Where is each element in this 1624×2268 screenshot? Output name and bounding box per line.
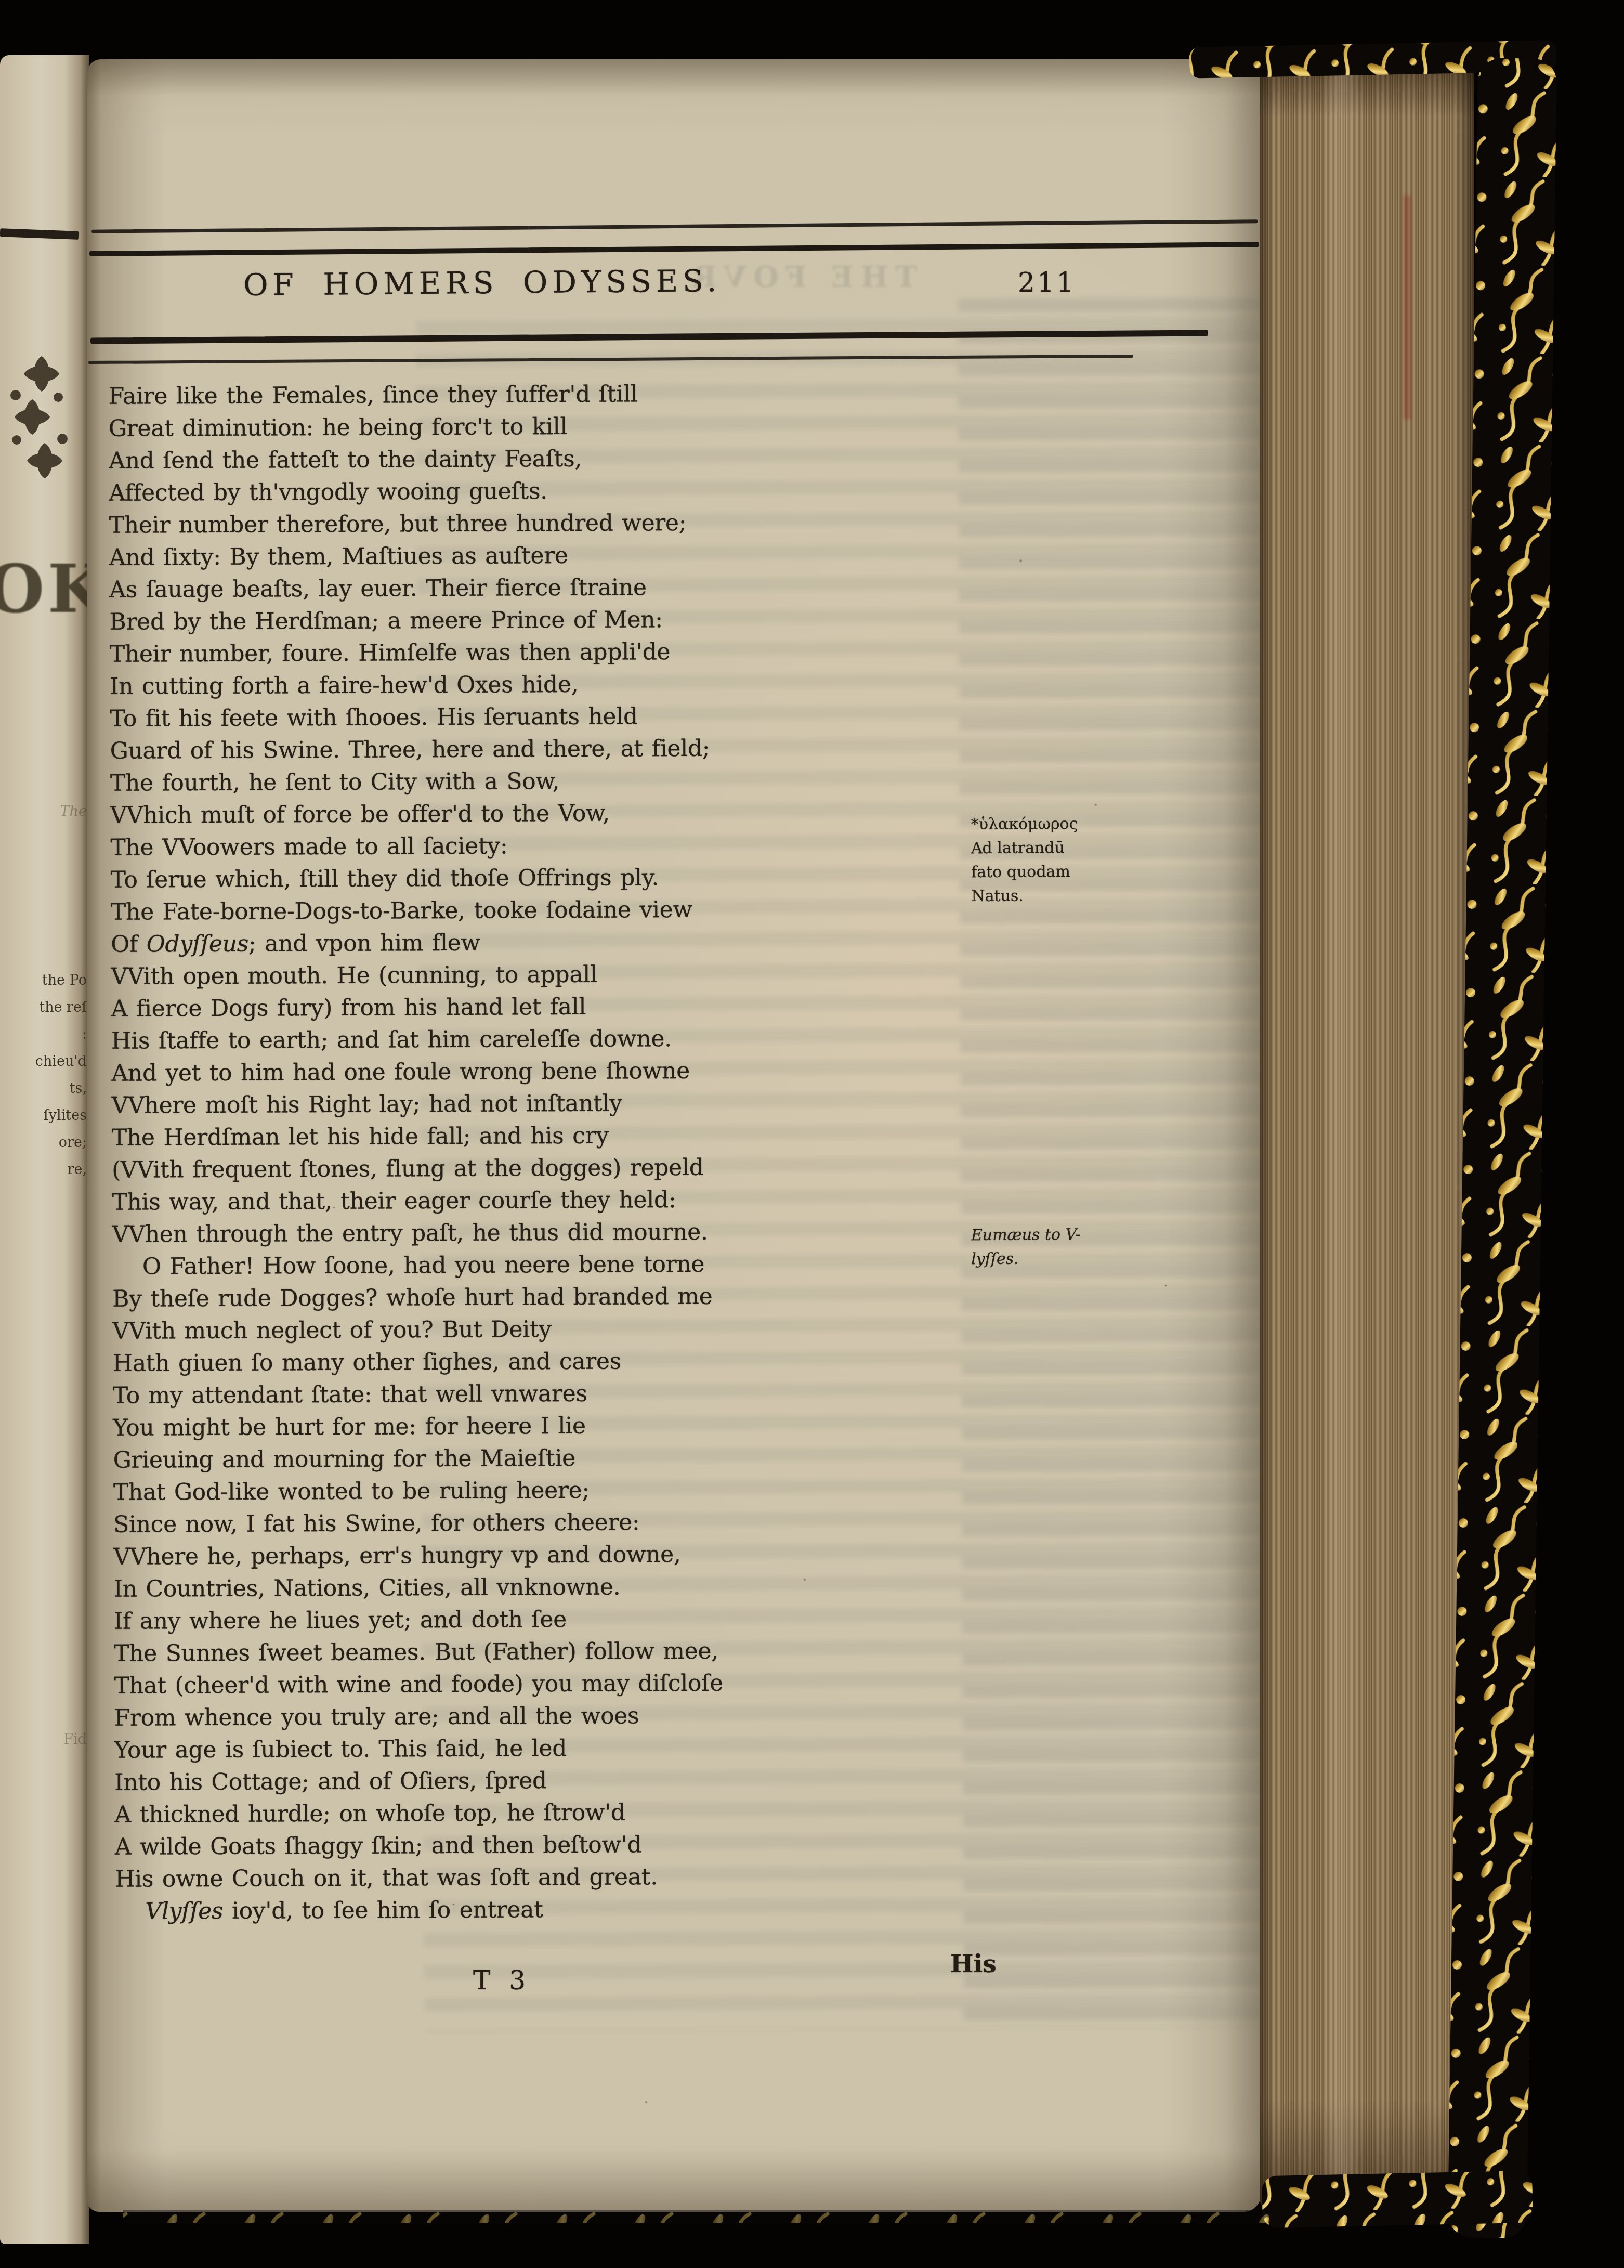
paper-speck [803,1578,806,1581]
poem-line: A wilde Goats ſhaggy ſkin; and then beſt… [115,1827,1030,1863]
woodcut-ornament [1,350,79,506]
gutter-fragment: the Po [42,972,87,988]
poem-line: In cutting forth a faire-hew'd Oxes hide… [110,667,1025,703]
poem-line: And yet to him had one foule wrong bene … [111,1053,1026,1090]
poem-line: Affected by th'vngodly wooing gueſts. [109,473,1024,510]
head-rule-thin [91,219,1258,233]
poem-line: And ſend the fatteſt to the dainty Feaſt… [109,441,1024,477]
poem-line: The fourth, he ſent to City with a Sow, [110,763,1025,800]
poem-line: Your age is ſubiect to. This ſaid, he le… [114,1730,1029,1767]
poem-line: Bred by the Herdſman; a meere Prince of … [109,602,1024,638]
head-rule-thick [89,242,1259,256]
page-surface: THE FOVR OF HOMERS ODYSSES. 211 Faire li… [87,59,1261,2212]
gutter-fragment: re, [68,1162,87,1178]
margin-note-line: Ad latrandū [971,836,1195,861]
paper-speck [1094,803,1097,806]
poem-line: To fit his feete with ſhooes. His ſeruan… [110,699,1025,735]
margin-note-line: Eumæus to V- [971,1222,1195,1247]
poem-line: His ſtaffe to earth; and ſat him careleſ… [111,1021,1026,1058]
poem-line: By theſe rude Dogges? whoſe hurt had bra… [112,1279,1027,1315]
paper-speck [1019,559,1023,563]
poem-line: A thickned hurdle; on whoſe top, he ſtro… [114,1795,1029,1831]
gutter-fragment: ſylites [44,1107,87,1124]
gutter-fragment: chieu'd [35,1053,87,1070]
margin-note-line: Natus. [971,883,1195,908]
facing-page-letters: OK [0,550,89,628]
poem-line: Guard of his Swine. Three, here and ther… [110,731,1025,767]
fore-edge-stain [1404,195,1411,419]
margin-note: *ὑλακόμωροςAd latrandūfato quodamNatus. [971,812,1195,908]
poem-line: Since now, I fat his Swine, for others c… [113,1505,1028,1541]
poem-line: To my attendant ſtate: that well vnwares [113,1376,1028,1412]
gutter-fragment: the reſ [39,999,87,1015]
paper-speck [452,1903,455,1906]
poem-line: VVith much neglect of you? But Deity [112,1311,1027,1348]
poem-line: VVhere he, perhaps, err's hungry vp and … [113,1537,1028,1573]
gutter-fragment: ts, [70,1080,87,1097]
poem-line: You might be hurt for me: for heere I li… [113,1408,1028,1444]
poem-line: (VVith frequent ſtones, flung at the dog… [112,1150,1027,1187]
fore-edge-seam [1321,71,1361,2207]
running-title: OF HOMERS ODYSSES. [243,263,722,303]
poem-line: The Fate-borne-Dogs-to-Barke, tooke ſoda… [111,892,1026,929]
poem-line: Their number therefore, but three hundre… [109,505,1024,542]
photo-of-open-book: OK Thethe Pothe reſ:chieu'dts,ſylitesore… [0,0,1624,2268]
poem-line: From whence you truly are; and all the w… [114,1698,1029,1735]
margin-note: Eumæus to V-lyſſes. [971,1222,1195,1271]
poem-line: His owne Couch on it, that was ſoft and … [115,1859,1030,1896]
poem-line: As ſauage beaſts, lay euer. Their fierce… [109,570,1024,606]
poem-line: VVith open mouth. He (cunning, to appall [111,957,1026,993]
gutter-strip: OK Thethe Pothe reſ:chieu'dts,ſylitesore… [0,55,89,2244]
poem-line: Their number, foure. Himſelfe was then a… [110,634,1025,671]
poem-line: VVhen through the entry paſt, he thus di… [112,1215,1027,1251]
poem: Faire like the Females, ſince they ſuffe… [109,376,1030,1928]
poem-line: And ſixty: By them, Maſtiues as auſtere [109,538,1024,574]
gutter-fragment: The [60,803,87,819]
poem-line: Great diminution: he being forc't to kil… [109,409,1024,445]
book-fore-edge [1260,71,1474,2207]
poem-line: To ſerue which, ſtill they did thoſe Off… [111,860,1026,896]
poem-line: If any where he liues yet; and doth ſee [114,1601,1029,1638]
poem-line: VVhere moſt his Right lay; had not inſta… [111,1086,1026,1122]
margin-note-line: fato quodam [971,859,1195,884]
poem-line: Of Odyſſeus; and vpon him flew [111,924,1026,961]
paper-speck [187,629,190,632]
poem-line: The Sunnes ſweet beames. But (Father) fo… [114,1634,1029,1670]
poem-line: That God-like wonted to be ruling heere; [113,1472,1028,1509]
paper-speck [333,1206,335,1209]
poem-line: That (cheer'd with wine and foode) you m… [114,1666,1029,1702]
poem-line: The VVoowers made to all ſaciety: [110,828,1025,864]
margin-note-line: lyſſes. [971,1246,1195,1271]
paper-speck [645,2101,648,2104]
poem-line: Grieuing and mourning for the Maieſtie [113,1440,1028,1477]
poem-line: The Herdſman let his hide fall; and his … [112,1118,1027,1154]
paper-speck [1164,1284,1167,1287]
catchword: His [950,1950,997,1978]
signature-mark: T 3 [473,1965,531,1996]
margin-note-line: *ὑλακόμωρος [971,812,1195,837]
gutter-fragment: ore; [59,1135,87,1151]
poem-line: Into his Cottage; and of Oſiers, ſpred [114,1763,1029,1799]
poem-line: O Father! How ſoone, had you neere bene … [112,1247,1027,1283]
facing-page-rule [0,228,79,240]
poem-line: In Countries, Nations, Cities, all vnkno… [114,1569,1029,1606]
poem-line: Vlyſſes ioy'd, to ſee him ſo entreat [115,1892,1030,1928]
page-number: 211 [1018,267,1076,298]
gutter-fragment: : [82,1026,87,1042]
poem-line: A fierce Dogs fury) from his hand let fa… [111,989,1026,1025]
poem-line: VVhich muſt of force be offer'd to the V… [110,796,1025,832]
poem-line: Hath giuen ſo many other ſighes, and car… [113,1344,1028,1380]
poem-line: This way, and that, their eager courſe t… [112,1182,1027,1219]
gutter-fragment: Fid [63,1731,87,1748]
page: THE FOVR OF HOMERS ODYSSES. 211 Faire li… [87,59,1261,2212]
poem-line: Faire like the Females, ſince they ſuffe… [109,376,1024,413]
